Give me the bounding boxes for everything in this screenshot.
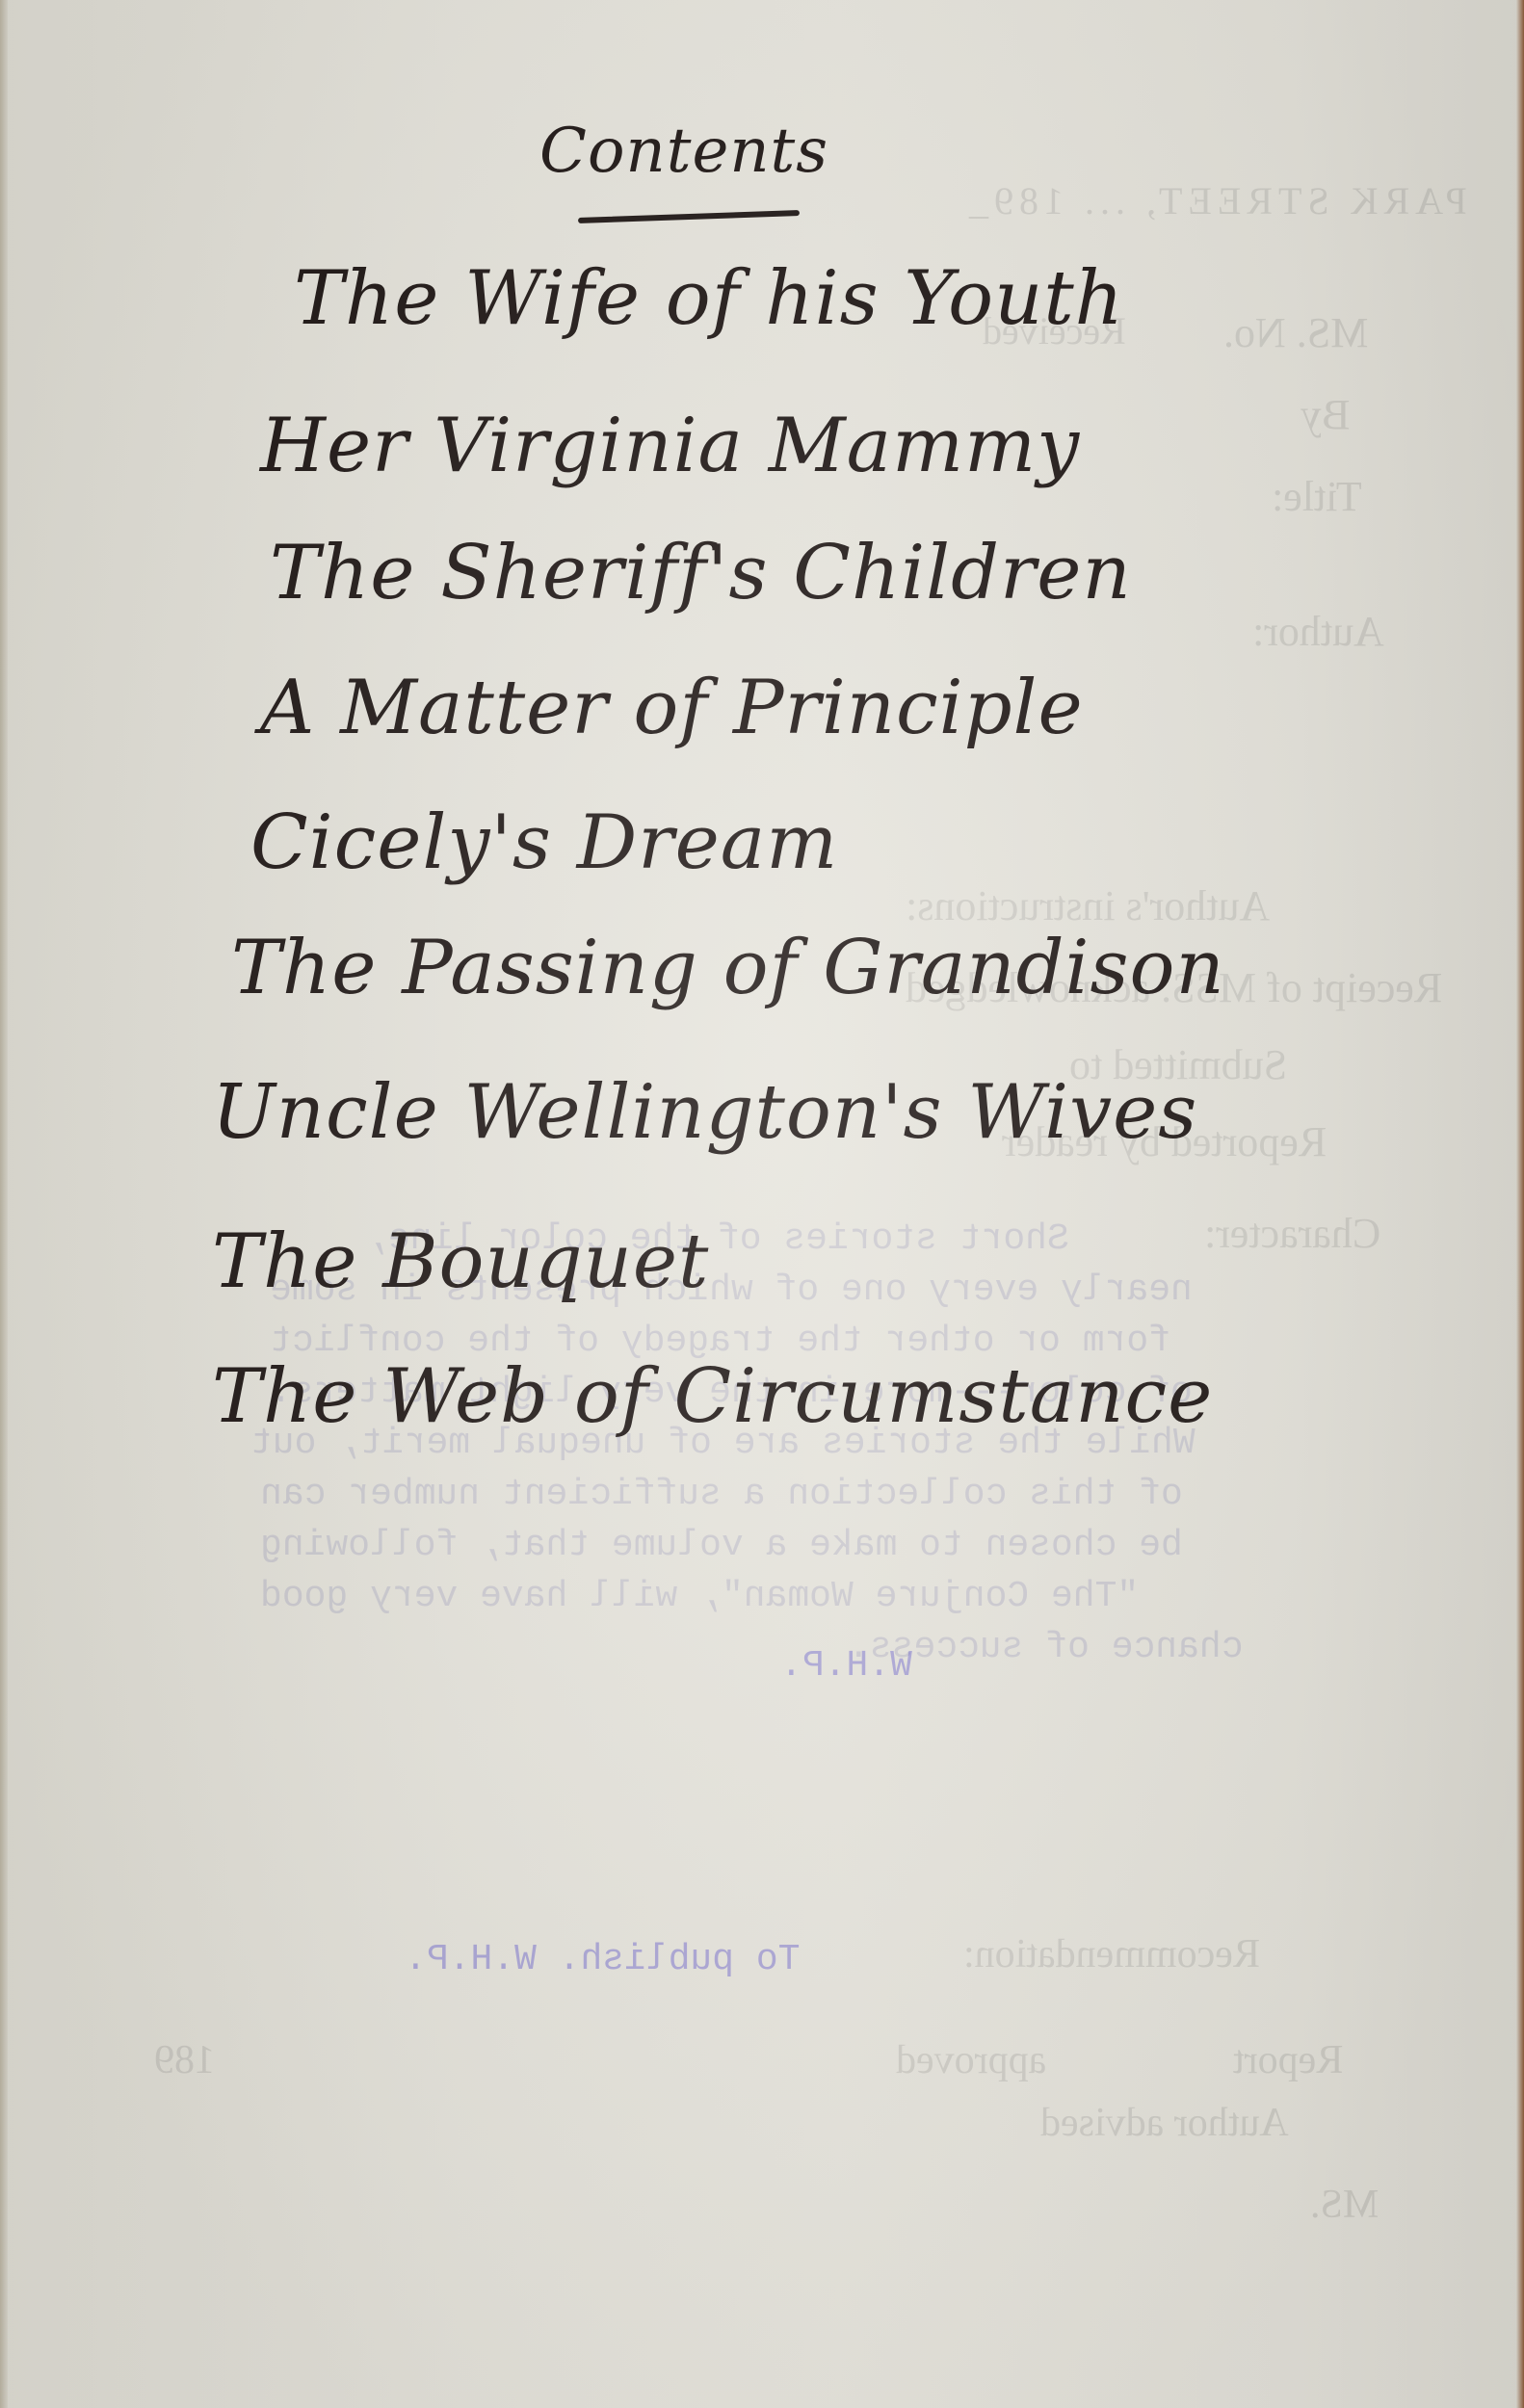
showthrough-typed-line: of this collection a sufficient number c… (260, 1471, 1183, 1519)
showthrough-report-value: approved (896, 2037, 1046, 2083)
contents-entry: The Bouquet (212, 1218, 709, 1305)
showthrough-by: By (1301, 390, 1350, 439)
page-title: Contents (539, 116, 828, 187)
showthrough-typed-line: "The Conjure Woman", will have very good (260, 1573, 1139, 1621)
showthrough-report-label: Report (1233, 2037, 1343, 2083)
showthrough-instructions: Author's instructions: (906, 881, 1270, 930)
showthrough-ms-no: MS. No. (1223, 308, 1368, 357)
contents-entry: Uncle Wellington's Wives (212, 1069, 1197, 1156)
page-left-edge (0, 0, 8, 2408)
showthrough-title: Title: (1272, 472, 1362, 521)
showthrough-typed-line: be chosen to make a volume that, followi… (260, 1522, 1183, 1570)
manuscript-page: PARK STREET, ... 189_ MS. No. Received B… (0, 0, 1524, 2408)
showthrough-header: PARK STREET, ... 189_ (963, 178, 1467, 223)
showthrough-ms: MS. (1310, 2182, 1379, 2228)
contents-entry: Her Virginia Mammy (260, 403, 1080, 489)
showthrough-date: 189 (154, 2037, 215, 2083)
showthrough-recommendation-value: To publish. W.H.P. (405, 1936, 800, 1984)
contents-entry: The Web of Circumstance (212, 1353, 1213, 1440)
contents-entry: A Matter of Principle (260, 665, 1084, 751)
contents-entry: Cicely's Dream (250, 799, 838, 886)
contents-entry: The Passing of Grandison (231, 925, 1225, 1011)
contents-entry: The Sheriff's Children (270, 530, 1132, 616)
title-underline (578, 210, 800, 223)
showthrough-recommendation-label: Recommendation: (963, 1931, 1260, 1977)
showthrough-author-advised: Author advised (1040, 2100, 1289, 2146)
showthrough-typed-signature: W.H.P. (780, 1642, 912, 1690)
showthrough-character: Character: (1204, 1209, 1380, 1258)
showthrough-author: Author: (1252, 607, 1384, 656)
contents-entry: The Wife of his Youth (294, 255, 1124, 342)
page-right-edge (1516, 0, 1524, 2408)
